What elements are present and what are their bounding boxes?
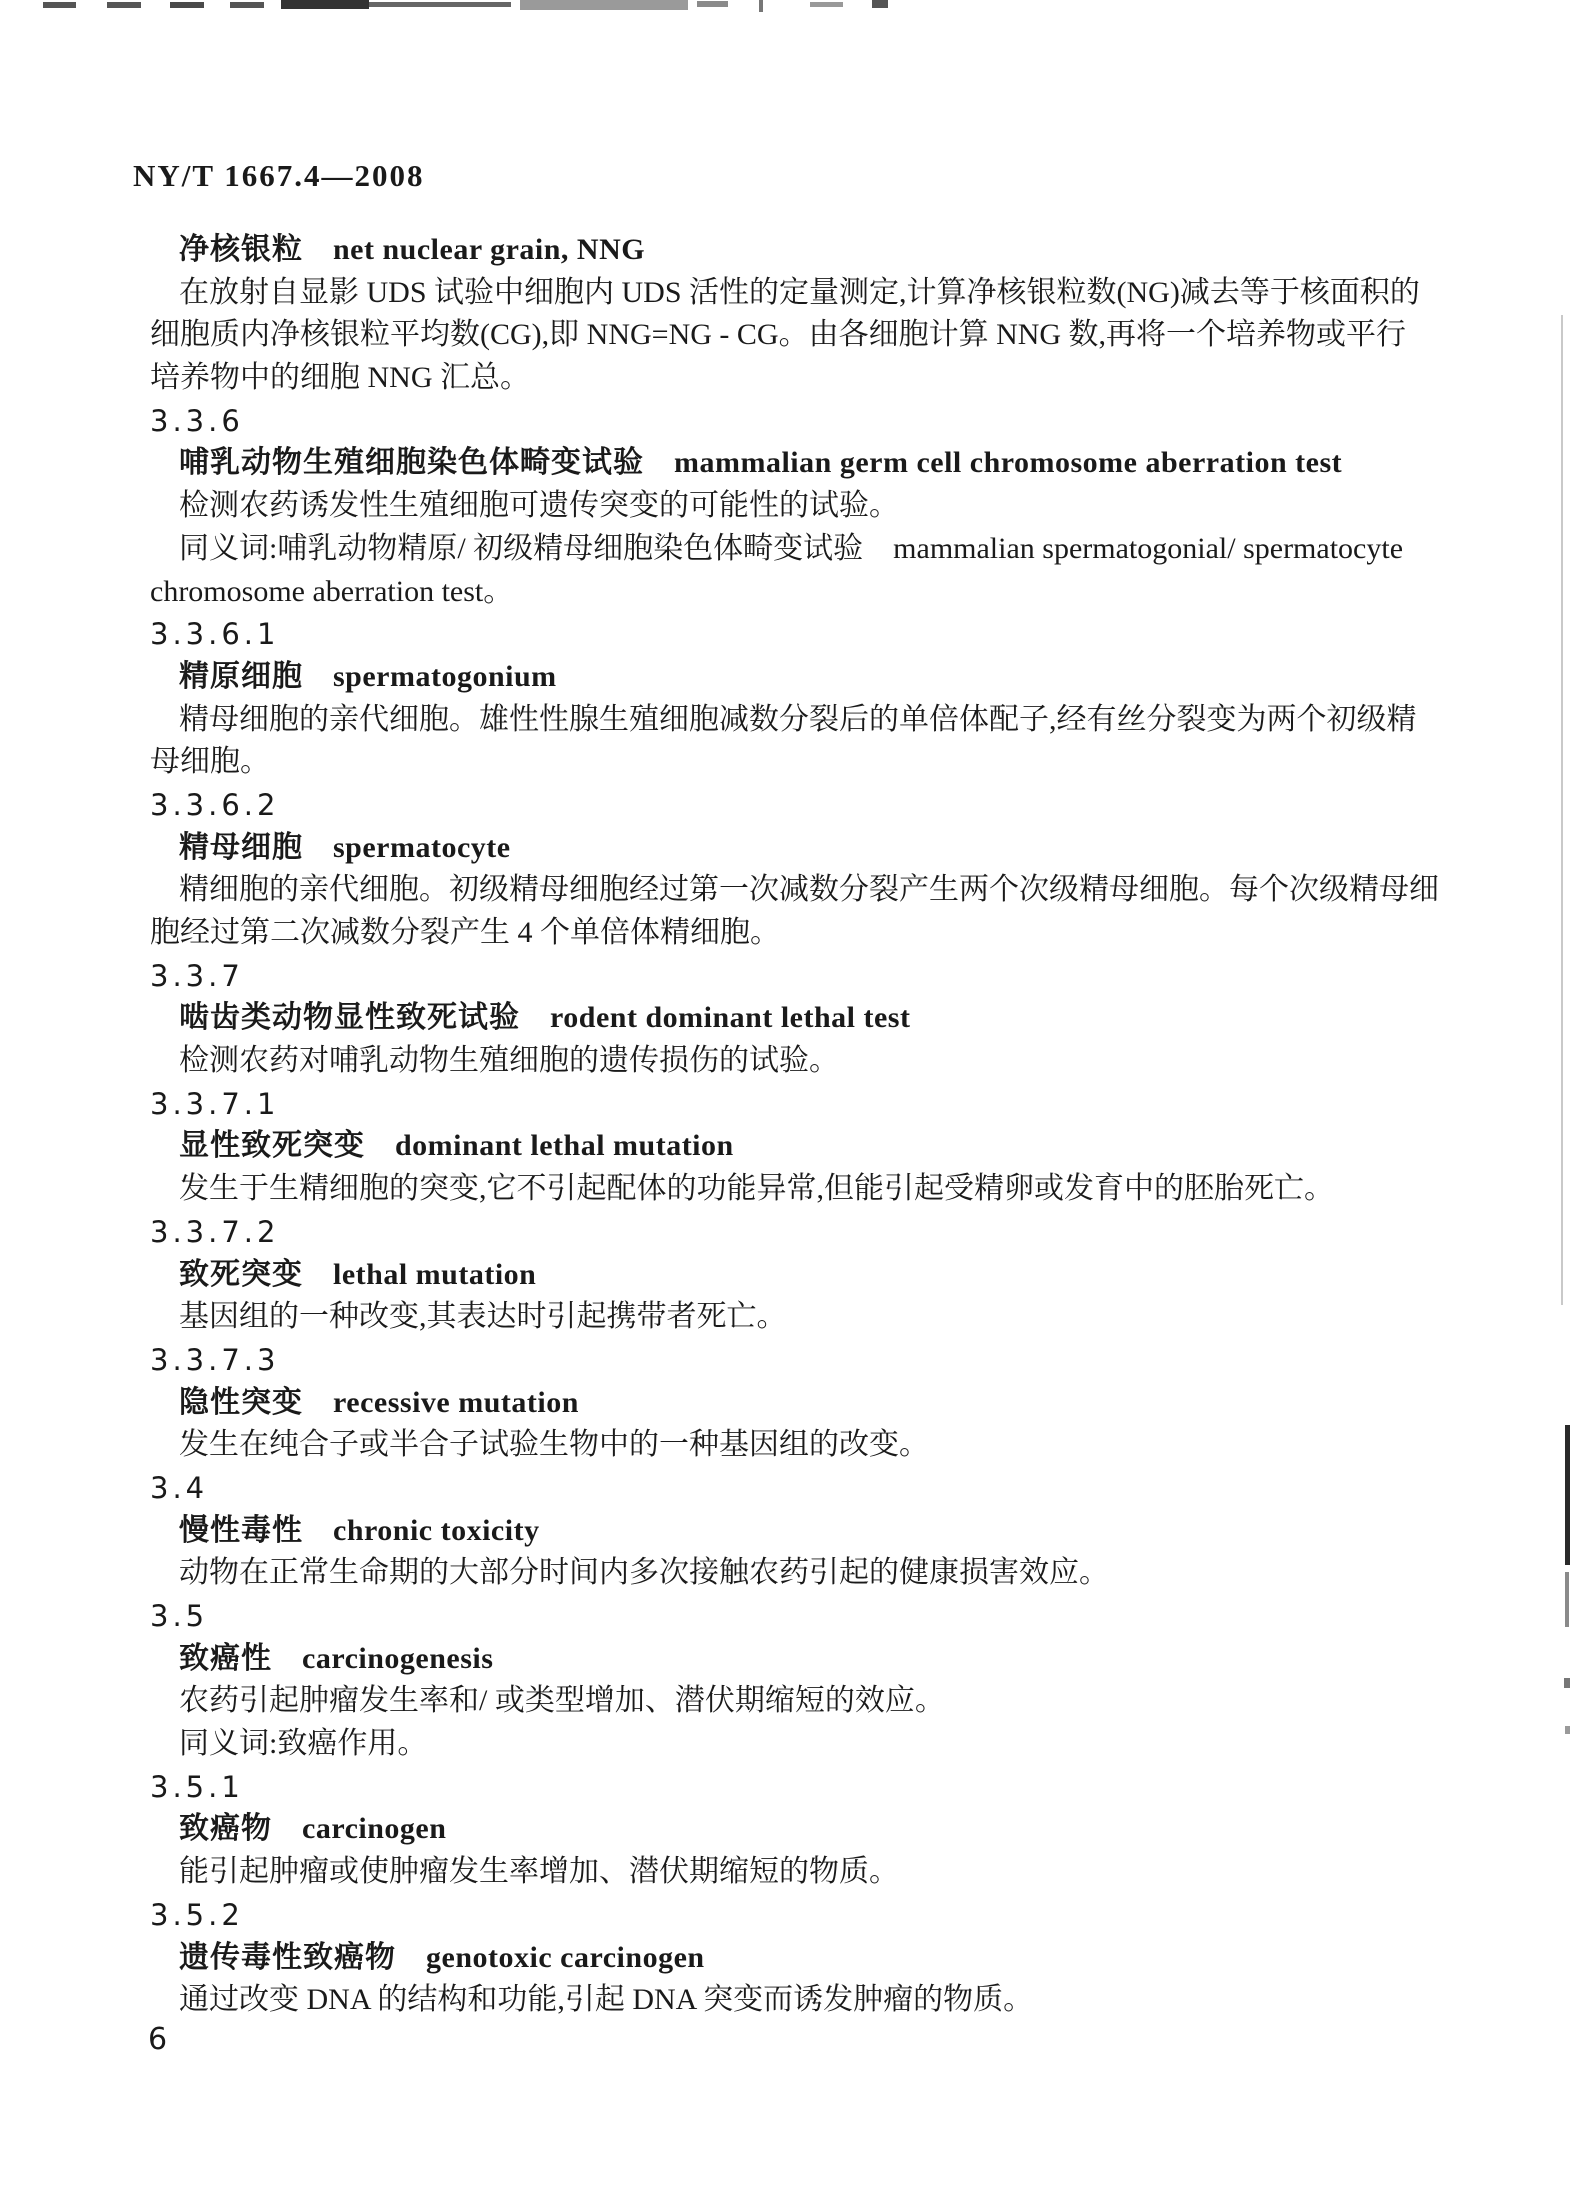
- section-number: 3.5.1: [150, 1766, 1510, 1809]
- term-en: spermatocyte: [333, 831, 511, 864]
- term-zh: 显性致死突变: [179, 1128, 365, 1163]
- body-line: 细胞质内净核银粒平均数(CG),即 NNG=NG - CG。由各细胞计算 NNG…: [150, 314, 1510, 357]
- term-heading: 致死突变lethal mutation: [150, 1254, 1510, 1297]
- section-number: 3.3.7.1: [150, 1083, 1510, 1126]
- term-en: chronic toxicity: [333, 1514, 540, 1547]
- section-number: 3.3.6.2: [150, 784, 1510, 827]
- body-line: 通过改变 DNA 的结构和功能,引起 DNA 突变而诱发肿瘤的物质。: [150, 1979, 1510, 2022]
- section-number: 3.3.7: [150, 955, 1510, 998]
- term-en: lethal mutation: [333, 1258, 536, 1291]
- term-en: carcinogen: [302, 1812, 446, 1845]
- term-heading: 致癌性carcinogenesis: [150, 1638, 1510, 1681]
- scan-artifact: [170, 2, 204, 8]
- section-number: 3.3.6: [150, 400, 1510, 443]
- section-number: 3.5.2: [150, 1894, 1510, 1937]
- scan-artifact: [369, 2, 511, 7]
- term-zh: 慢性毒性: [179, 1513, 303, 1548]
- term-en: net nuclear grain, NNG: [333, 233, 645, 266]
- term-heading: 隐性突变recessive mutation: [150, 1382, 1510, 1425]
- term-zh: 隐性突变: [179, 1385, 303, 1420]
- term-en: dominant lethal mutation: [395, 1129, 734, 1162]
- document-page: NY/T 1667.4—2008 净核银粒net nuclear grain, …: [0, 0, 1591, 2210]
- term-en: mammalian germ cell chromosome aberratio…: [674, 446, 1342, 479]
- term-en: genotoxic carcinogen: [426, 1941, 705, 1974]
- term-zh: 精母细胞: [179, 830, 303, 865]
- term-en: rodent dominant lethal test: [550, 1001, 910, 1034]
- scan-artifact: [230, 2, 264, 8]
- term-zh: 精原细胞: [179, 659, 303, 694]
- term-zh: 致死突变: [179, 1257, 303, 1292]
- body-line: 能引起肿瘤或使肿瘤发生率增加、潜伏期缩短的物质。: [150, 1851, 1510, 1894]
- scan-artifact: [697, 1, 728, 7]
- scan-artifact: [520, 0, 688, 10]
- body-line: 发生于生精细胞的突变,它不引起配体的功能异常,但能引起受精卵或发育中的胚胎死亡。: [150, 1168, 1510, 1211]
- section-number: 3.3.7.2: [150, 1211, 1510, 1254]
- term-heading: 显性致死突变dominant lethal mutation: [150, 1125, 1510, 1168]
- scan-artifact: [759, 0, 763, 12]
- term-heading: 精母细胞spermatocyte: [150, 827, 1510, 870]
- scan-artifact: [1565, 1425, 1570, 1565]
- body-line: 培养物中的细胞 NNG 汇总。: [150, 357, 1510, 400]
- section-number: 3.5: [150, 1595, 1510, 1638]
- body-line: 精母细胞的亲代细胞。雄性性腺生殖细胞减数分裂后的单倍体配子,经有丝分裂变为两个初…: [150, 699, 1510, 742]
- scan-artifact: [1561, 315, 1563, 1305]
- term-zh: 致癌物: [179, 1811, 272, 1846]
- body-line: 同义词:致癌作用。: [150, 1723, 1510, 1766]
- body-line: 农药引起肿瘤发生率和/ 或类型增加、潜伏期缩短的效应。: [150, 1680, 1510, 1723]
- scan-artifact: [810, 2, 843, 7]
- term-zh: 致癌性: [179, 1641, 272, 1676]
- term-heading: 精原细胞spermatogonium: [150, 656, 1510, 699]
- section-number: 3.3.7.3: [150, 1339, 1510, 1382]
- body-line: 基因组的一种改变,其表达时引起携带者死亡。: [150, 1296, 1510, 1339]
- body-line: 同义词:哺乳动物精原/ 初级精母细胞染色体畸变试验 mammalian sper…: [150, 528, 1510, 571]
- term-heading: 哺乳动物生殖细胞染色体畸变试验mammalian germ cell chrom…: [150, 442, 1510, 485]
- body-line: 检测农药对哺乳动物生殖细胞的遗传损伤的试验。: [150, 1040, 1510, 1083]
- body-line: 检测农药诱发性生殖细胞可遗传突变的可能性的试验。: [150, 485, 1510, 528]
- scan-artifact: [281, 0, 369, 9]
- body-line: 精细胞的亲代细胞。初级精母细胞经过第一次减数分裂产生两个次级精母细胞。每个次级精…: [150, 869, 1510, 912]
- body-line: 母细胞。: [150, 741, 1510, 784]
- term-heading: 啮齿类动物显性致死试验rodent dominant lethal test: [150, 997, 1510, 1040]
- term-heading: 慢性毒性chronic toxicity: [150, 1510, 1510, 1553]
- scan-artifact: [43, 2, 76, 8]
- body-line: 发生在纯合子或半合子试验生物中的一种基因组的改变。: [150, 1424, 1510, 1467]
- section-number: 3.3.6.1: [150, 613, 1510, 656]
- term-zh: 净核银粒: [179, 232, 303, 267]
- body-line: chromosome aberration test。: [150, 571, 1510, 614]
- standard-number-header: NY/T 1667.4—2008: [133, 158, 425, 194]
- scan-artifact: [107, 2, 141, 8]
- term-heading: 净核银粒net nuclear grain, NNG: [150, 229, 1510, 272]
- term-zh: 啮齿类动物显性致死试验: [179, 1000, 520, 1035]
- page-number: 6: [148, 2018, 167, 2061]
- term-heading: 遗传毒性致癌物genotoxic carcinogen: [150, 1937, 1510, 1980]
- scan-artifact: [1565, 1572, 1569, 1627]
- term-en: spermatogonium: [333, 660, 557, 693]
- content-lines: 净核银粒net nuclear grain, NNG在放射自显影 UDS 试验中…: [150, 229, 1510, 2022]
- scan-artifact: [872, 0, 888, 8]
- section-number: 3.4: [150, 1467, 1510, 1510]
- term-en: recessive mutation: [333, 1386, 579, 1419]
- body-line: 胞经过第二次减数分裂产生 4 个单倍体精细胞。: [150, 912, 1510, 955]
- term-heading: 致癌物carcinogen: [150, 1808, 1510, 1851]
- body-line: 动物在正常生命期的大部分时间内多次接触农药引起的健康损害效应。: [150, 1552, 1510, 1595]
- term-zh: 遗传毒性致癌物: [179, 1940, 396, 1975]
- body-line: 在放射自显影 UDS 试验中细胞内 UDS 活性的定量测定,计算净核银粒数(NG…: [150, 272, 1510, 315]
- term-en: carcinogenesis: [302, 1642, 493, 1675]
- term-zh: 哺乳动物生殖细胞染色体畸变试验: [179, 445, 644, 480]
- scan-artifact: [1565, 1726, 1570, 1734]
- scan-artifact: [1564, 1678, 1570, 1688]
